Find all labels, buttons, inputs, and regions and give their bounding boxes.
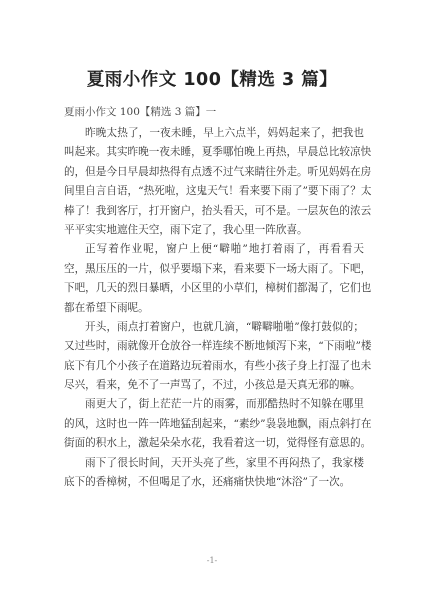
document-title: 夏雨小作文 100【精选 3 篇】 <box>0 66 424 91</box>
paragraph-line: 平平实实地遮住天空，雨下定了，我心里一阵欣喜。 <box>64 221 364 240</box>
paragraph-line: 底下的香樟树，不但喝足了水，还痛痛快快地“沐浴”了一次。 <box>64 473 364 492</box>
paragraph-line: 棒了！我到客厅，打开窗户，抬头看天，可不是。一层灰色的浓云 <box>64 202 364 221</box>
paragraph-line: 底下有几个小孩子在道路边玩着雨水，有些小孩子身上打湿了也未 <box>64 357 364 376</box>
paragraph-line: 的，但是今日早晨却热得有点透不过气来睛往外走。听见妈妈在房 <box>64 163 364 182</box>
paragraph-line: 昨晚太热了，一夜未睡，早上六点半，妈妈起来了，把我也 <box>64 124 364 143</box>
paragraph-line: 开头，雨点打着窗户，也就几滴，“噼噼啪啪”像打鼓似的； <box>64 318 364 337</box>
paragraph-line: 又过些时，雨就像开仓放谷一样连续不断地倾泻下来，“下雨啦”楼 <box>64 337 364 356</box>
paragraph-line: 的风，这时也一阵一阵地猛刮起来，“素纱”袅袅地飘，雨点斜打在 <box>64 415 364 434</box>
paragraph-line: 雨更大了，街上茫茫一片的雨雾，而那酷热时不知躲在哪里 <box>64 395 364 414</box>
paragraph-line: 正写着作业呢，窗户上便“噼啪”地打着雨了，再看看天 <box>64 240 364 259</box>
paragraph-line: 空，黑压压的一片，似乎要塌下来，看来要下一场大雨了。下吧， <box>64 260 364 279</box>
paragraph-line: 叫起来。其实昨晚一夜未睡，夏季哪怕晚上再热，早晨总比较凉快 <box>64 143 364 162</box>
paragraph-line: 下吧，几天的烈日暴晒，小区里的小草们，樟树们都渴了，它们也 <box>64 279 364 298</box>
paragraph-line: 都在希望下雨呢。 <box>64 299 364 318</box>
document-page: 夏雨小作文 100【精选 3 篇】 夏雨小作文 100【精选 3 篇】一 昨晚太… <box>0 0 424 600</box>
paragraph-line: 街面的积水上，激起朵朵水花，我看着这一切，觉得怪有意思的。 <box>64 434 364 453</box>
paragraph-line: 间里自言自语，“热死啦，这鬼天气！看来要下雨了”要下雨了？太 <box>64 182 364 201</box>
section-heading: 夏雨小作文 100【精选 3 篇】一 <box>64 104 216 119</box>
paragraph-line: 尽兴，看来，免不了一声骂了，不过，小孩总是天真无邪的嘛。 <box>64 376 364 395</box>
document-body: 昨晚太热了，一夜未睡，早上六点半，妈妈起来了，把我也 叫起来。其实昨晚一夜未睡，… <box>64 124 364 492</box>
paragraph-line: 雨下了很长时间，天开头亮了些，家里不再闷热了，我家楼 <box>64 454 364 473</box>
page-number: -1- <box>0 556 424 565</box>
